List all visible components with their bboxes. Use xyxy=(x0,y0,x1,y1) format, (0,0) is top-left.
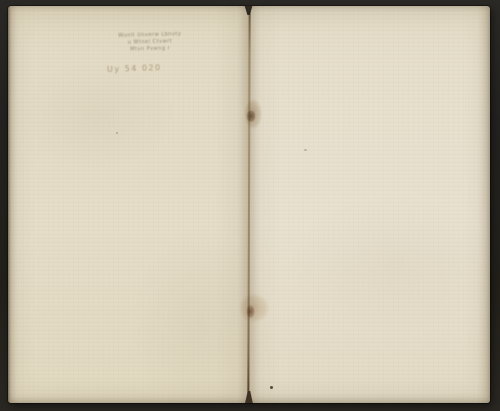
page-right xyxy=(249,6,490,403)
book-spread: Wunlt Unverw Lbnvty u Wtnei Ctvwrt Mtvn … xyxy=(8,6,490,403)
page-left xyxy=(8,6,249,403)
scan-background: Wunlt Unverw Lbnvty u Wtnei Ctvwrt Mtvn … xyxy=(0,0,500,411)
